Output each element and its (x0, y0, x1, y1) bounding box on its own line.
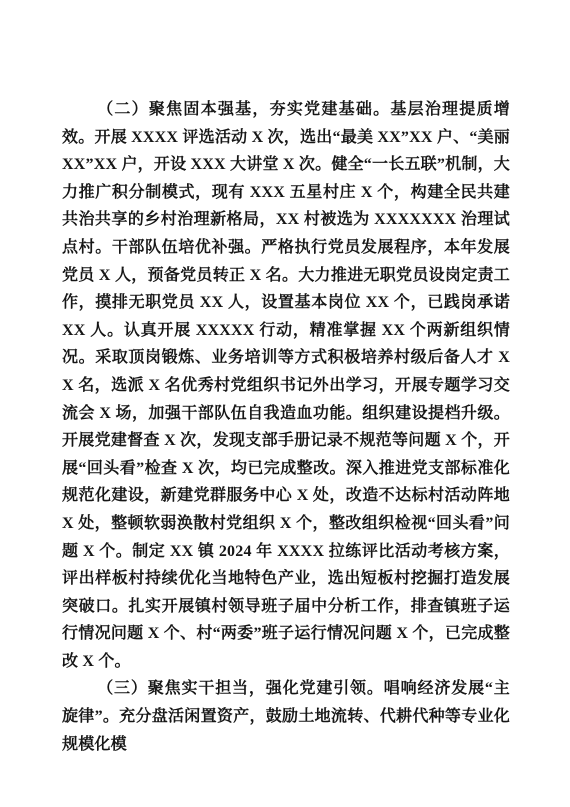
document-page: （二）聚焦固本强基，夯实党建基础。基层治理提质增效。开展 XXXX 评选活动 X… (0, 0, 570, 807)
paragraph-section-3: （三）聚焦实干担当，强化党建引领。唱响经济发展“主旋律”。充分盘活闲置资产，鼓励… (62, 675, 510, 758)
document-body: （二）聚焦固本强基，夯实党建基础。基层治理提质增效。开展 XXXX 评选活动 X… (62, 96, 510, 758)
paragraph-section-2: （二）聚焦固本强基，夯实党建基础。基层治理提质增效。开展 XXXX 评选活动 X… (62, 96, 510, 675)
